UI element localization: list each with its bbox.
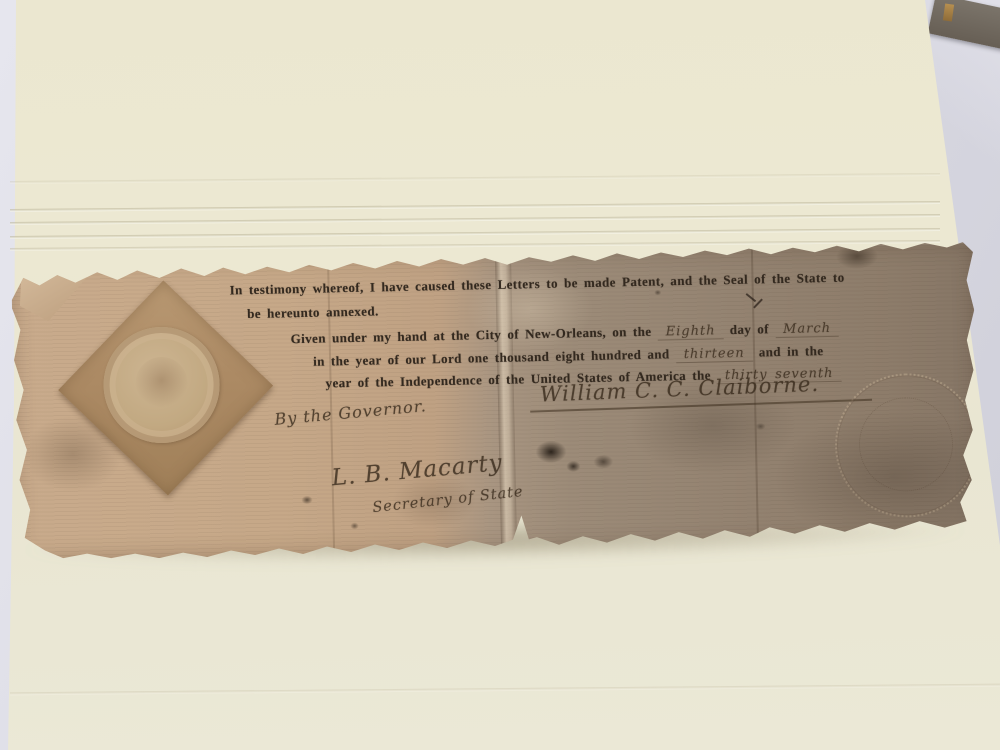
- photograph-of-patent-document: In testimony whereof, I have caused thes…: [0, 0, 1000, 750]
- printed-line-2: be hereunto annexed.: [247, 303, 379, 322]
- printed-and-in-the: and in the: [759, 343, 824, 359]
- printed-day-of: day of: [730, 321, 770, 337]
- patent-document: In testimony whereof, I have caused thes…: [9, 240, 981, 562]
- handwritten-year: thirteen: [676, 346, 753, 364]
- handwritten-month: March: [775, 321, 839, 338]
- handwritten-day: Eighth: [657, 323, 723, 340]
